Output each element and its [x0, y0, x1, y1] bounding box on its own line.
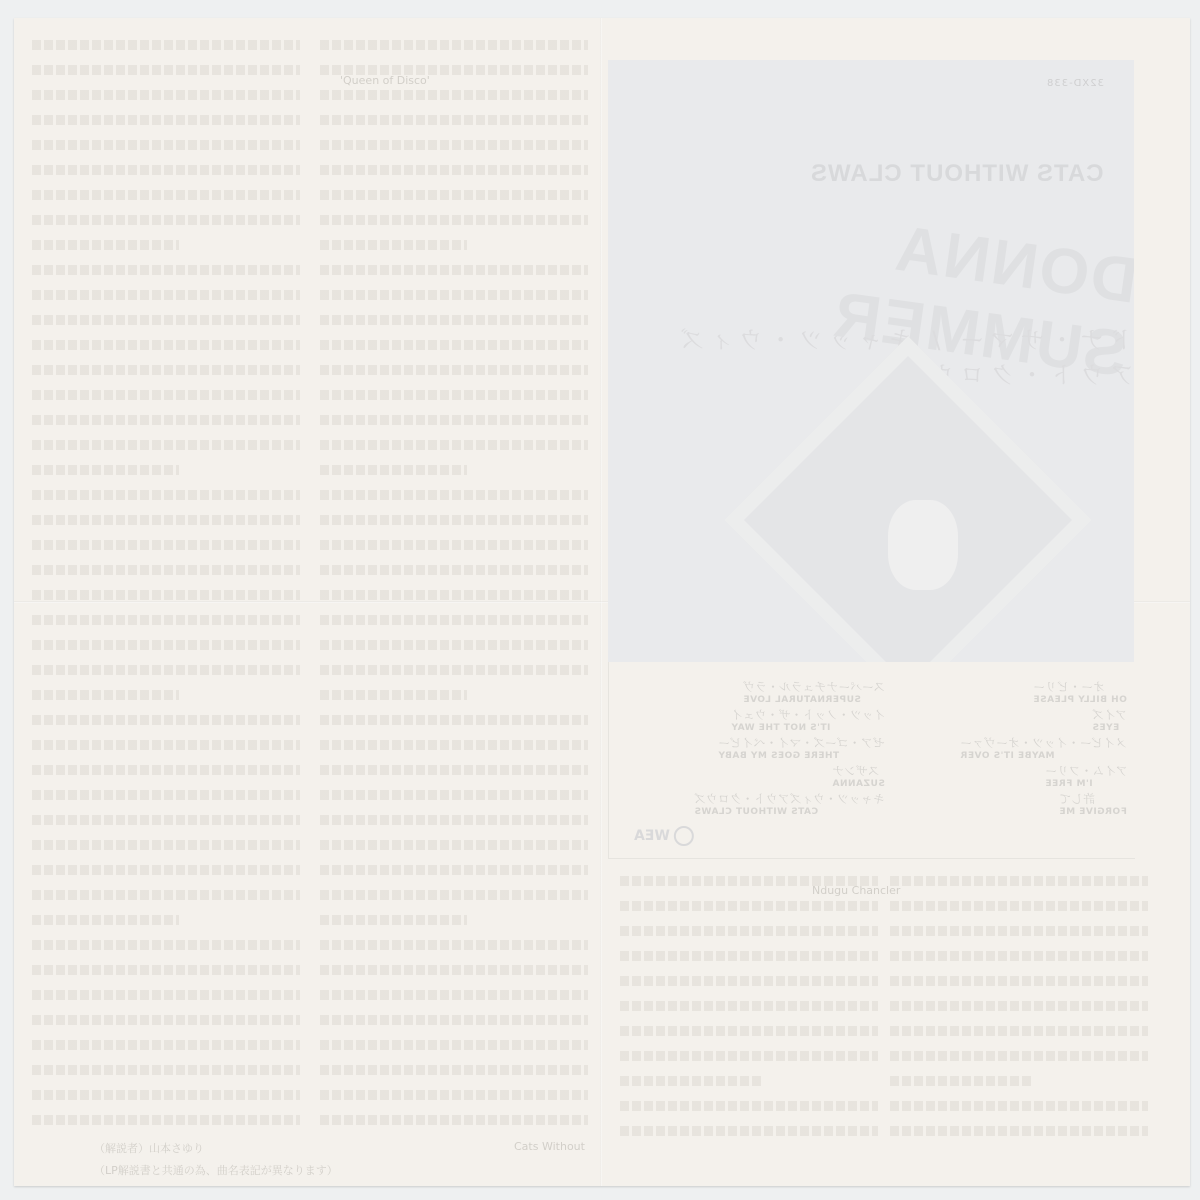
text-line: [890, 876, 1148, 886]
text-line: [320, 140, 588, 150]
text-line: [320, 590, 588, 600]
text-line: [320, 390, 588, 400]
text-line: [32, 315, 300, 325]
text-line: [320, 640, 588, 650]
text-line: [32, 690, 179, 700]
text-line: [890, 1026, 1148, 1036]
catalog-number: 32XD-338: [1046, 78, 1104, 89]
text-line: [32, 115, 300, 125]
text-line: [890, 901, 1148, 911]
text-line: [32, 615, 300, 625]
text-line: [32, 965, 300, 975]
text-line: [320, 265, 588, 275]
text-line: [890, 1001, 1148, 1011]
text-line: [320, 715, 588, 725]
text-line: [320, 40, 588, 50]
text-line: [890, 976, 1148, 986]
text-line: [320, 565, 588, 575]
text-line: [620, 926, 878, 936]
text-line: [320, 915, 467, 925]
text-line: [320, 690, 467, 700]
text-line: [32, 540, 300, 550]
text-line: [32, 1065, 300, 1075]
album-title: CATS WITHOUT CLAWS: [810, 160, 1104, 188]
footnote: （LP解説書と共通の為、曲名表記が異なります）: [94, 1162, 338, 1178]
text-line: [320, 1065, 588, 1075]
text-line: [32, 940, 300, 950]
text-line: [320, 290, 588, 300]
text-line: [320, 765, 588, 775]
text-line: [620, 1026, 878, 1036]
text-line: [320, 240, 467, 250]
text-line: [320, 965, 588, 975]
text-line: [32, 740, 300, 750]
text-line: [320, 365, 588, 375]
wb-shield-icon: [674, 826, 694, 846]
text-line: [320, 815, 588, 825]
text-column-4: [890, 876, 1148, 1151]
track-item: アイム・フリーI'M FREE: [1045, 762, 1127, 789]
text-line: [32, 1115, 300, 1125]
text-line: [320, 465, 467, 475]
cover-panel: 32XD-338 CATS WITHOUT CLAWS DONNA SUMMER…: [608, 60, 1134, 662]
text-line: [320, 415, 588, 425]
text-line: [320, 440, 588, 450]
text-line: [32, 440, 300, 450]
text-line: [320, 740, 588, 750]
text-line: [32, 1090, 300, 1100]
text-line: [32, 90, 300, 100]
text-line: [32, 765, 300, 775]
text-line: [32, 1040, 300, 1050]
text-line: [32, 190, 300, 200]
text-line: [320, 1115, 588, 1125]
liner-notes-sheet: 'Queen of Disco' Ndugu Chancler Cats Wit…: [14, 18, 1190, 1186]
text-column-3: [620, 876, 878, 1151]
text-line: [32, 990, 300, 1000]
text-line: [620, 1101, 878, 1111]
track-item: ゼア・ゴーズ・マイ・ベイビーTHERE GOES MY BABY: [718, 734, 885, 761]
text-line: [890, 951, 1148, 961]
text-line: [320, 790, 588, 800]
text-line: [320, 315, 588, 325]
text-line: [32, 40, 300, 50]
text-line: [32, 1015, 300, 1025]
label-logo-text: WEA: [634, 828, 670, 844]
text-line: [620, 901, 878, 911]
text-line: [32, 665, 300, 675]
track-item: 許してFORGIVE ME: [1059, 790, 1127, 817]
text-line: [320, 515, 588, 525]
text-line: [320, 90, 588, 100]
text-line: [32, 65, 300, 75]
text-line: [32, 915, 179, 925]
text-line: [32, 215, 300, 225]
text-line: [890, 1126, 1148, 1136]
text-line: [620, 1076, 762, 1086]
text-line: [32, 640, 300, 650]
cover-photo-face: [888, 500, 958, 590]
text-line: [890, 926, 1148, 936]
text-column-2: [320, 40, 588, 1140]
text-line: [32, 390, 300, 400]
text-line: [32, 265, 300, 275]
track-item: スザンナSUZANNA: [832, 762, 885, 789]
track-item: イッツ・ノット・ザ・ウェイIT'S NOT THE WAY: [731, 706, 885, 733]
text-line: [320, 1015, 588, 1025]
text-line: [32, 715, 300, 725]
text-line: [32, 365, 300, 375]
text-line: [32, 815, 300, 825]
text-line: [890, 1076, 1032, 1086]
text-column-1: [32, 40, 300, 1140]
text-line: [32, 790, 300, 800]
text-line: [620, 1126, 878, 1136]
track-item: スーパーナチュラル・ラヴSUPERNATURAL LOVE: [743, 678, 885, 705]
text-line: [320, 340, 588, 350]
text-line: [32, 415, 300, 425]
text-line: [32, 840, 300, 850]
text-line: [320, 615, 588, 625]
text-line: [620, 1051, 878, 1061]
text-line: [890, 1101, 1148, 1111]
text-line: [620, 951, 878, 961]
track-item: メイビー・イッツ・オーヴァーMAYBE IT'S OVER: [960, 734, 1127, 761]
text-line: [320, 840, 588, 850]
text-line: [32, 465, 179, 475]
wea-logo: WEA: [634, 826, 694, 846]
text-line: [32, 490, 300, 500]
text-line: [320, 215, 588, 225]
text-line: [32, 590, 300, 600]
text-line: [32, 890, 300, 900]
text-line: [320, 1090, 588, 1100]
text-line: [320, 190, 588, 200]
text-line: [320, 115, 588, 125]
text-line: [32, 565, 300, 575]
text-line: [32, 165, 300, 175]
text-line: [320, 990, 588, 1000]
snippet-cats-without: Cats Without: [514, 1140, 585, 1153]
snippet-ndugu: Ndugu Chancler: [812, 884, 900, 897]
text-line: [32, 140, 300, 150]
text-line: [32, 240, 179, 250]
text-line: [32, 290, 300, 300]
track-item: オー・ビリーOH BILLY PLEASE: [1033, 678, 1127, 705]
text-line: [320, 865, 588, 875]
text-line: [32, 515, 300, 525]
text-line: [320, 665, 588, 675]
track-item: キャッツ・ウィズアウト・クロウズCATS WITHOUT CLAWS: [694, 790, 885, 817]
text-line: [620, 976, 878, 986]
text-line: [320, 1040, 588, 1050]
text-line: [320, 165, 588, 175]
track-item: アイズEYES: [1092, 706, 1127, 733]
writer-credit: （解説者）山本さゆり: [94, 1140, 204, 1156]
snippet-queen-of-disco: 'Queen of Disco': [340, 74, 430, 87]
text-line: [320, 540, 588, 550]
text-line: [32, 865, 300, 875]
text-line: [32, 340, 300, 350]
text-line: [890, 1051, 1148, 1061]
text-line: [320, 490, 588, 500]
text-line: [320, 940, 588, 950]
text-line: [320, 890, 588, 900]
text-line: [620, 1001, 878, 1011]
